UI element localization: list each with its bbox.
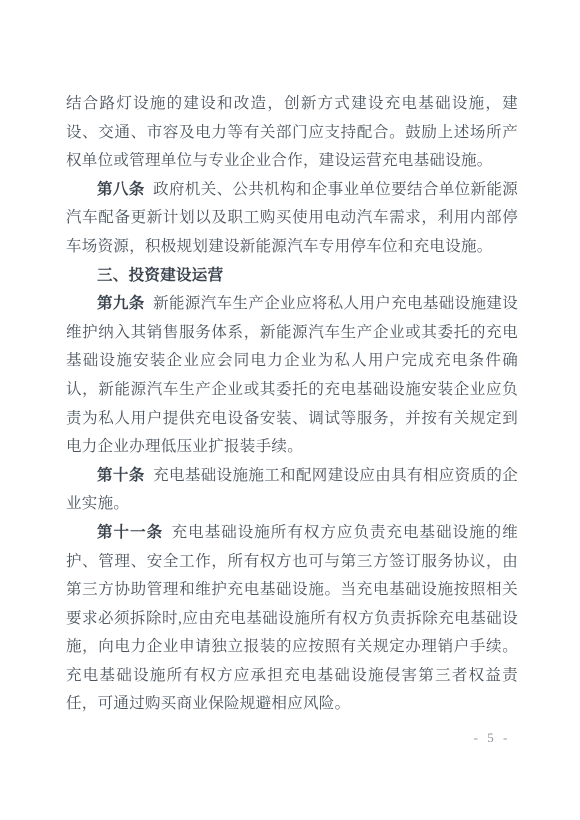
article-9-label: 第九条 — [97, 295, 145, 312]
article-8-label: 第八条 — [97, 181, 145, 198]
document-body: 结合路灯设施的建设和改造，创新方式建设充电基础设施，建设、交通、市容及电力等有关… — [66, 90, 518, 719]
paragraph-article-9: 第九条新能源汽车生产企业应将私人用户充电基础设施建设维护纳入其销售服务体系，新能… — [66, 290, 518, 462]
paragraph-article-11: 第十一条充电基础设施所有权方应负责充电基础设施的维护、管理、安全工作，所有权方也… — [66, 519, 518, 719]
paragraph-text: 结合路灯设施的建设和改造，创新方式建设充电基础设施，建设、交通、市容及电力等有关… — [66, 95, 518, 169]
document-page: 结合路灯设施的建设和改造，创新方式建设充电基础设施，建设、交通、市容及电力等有关… — [0, 0, 580, 820]
paragraph-text: 新能源汽车生产企业应将私人用户充电基础设施建设维护纳入其销售服务体系，新能源汽车… — [66, 295, 518, 455]
paragraph-continuation: 结合路灯设施的建设和改造，创新方式建设充电基础设施，建设、交通、市容及电力等有关… — [66, 90, 518, 176]
paragraph-article-10: 第十条充电基础设施施工和配网建设应由具有相应资质的企业实施。 — [66, 462, 518, 519]
article-11-label: 第十一条 — [97, 524, 163, 541]
section-heading-investment-construction-operation: 三、投资建设运营 — [66, 262, 518, 291]
page-number: - 5 - — [462, 730, 522, 746]
paragraph-text: 充电基础设施所有权方应负责充电基础设施的维护、管理、安全工作，所有权方也可与第三… — [66, 524, 518, 713]
paragraph-article-8: 第八条政府机关、公共机构和企事业单位要结合单位新能源汽车配备更新计划以及职工购买… — [66, 176, 518, 262]
article-10-label: 第十条 — [97, 467, 145, 484]
